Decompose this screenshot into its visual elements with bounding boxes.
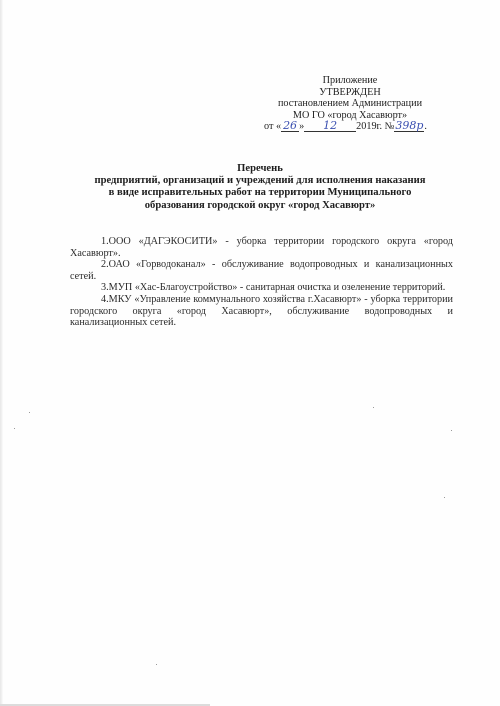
scan-speck <box>373 407 374 408</box>
scan-speck <box>156 664 157 665</box>
approval-stamp-block: Приложение УТВЕРЖДЕН постановлением Адми… <box>250 75 450 133</box>
scan-speck <box>14 428 15 429</box>
organization-list: 1.ООО «ДАГЭКОСИТИ» - уборка территории г… <box>70 236 453 329</box>
list-item: 3.МУП «Хас-Благоустройство» - санитарная… <box>70 282 453 294</box>
approval-date-line: от «26»122019г. №398р. <box>250 121 450 133</box>
approval-resolution-label: постановлением Администрации <box>250 98 450 110</box>
scan-left-edge <box>0 0 3 706</box>
approval-appendix-label: Приложение <box>250 75 450 87</box>
title-line-4: образования городской округ «город Хасав… <box>60 200 460 212</box>
title-line-2: предприятий, организаций и учреждений дл… <box>60 175 460 187</box>
item-number: 1. <box>101 236 109 247</box>
document-page: Приложение УТВЕРЖДЕН постановлением Адми… <box>0 0 500 706</box>
item-text: ООО «ДАГЭКОСИТИ» - уборка территории гор… <box>70 236 453 259</box>
item-text: МУП «Хас-Благоустройство» - санитарная о… <box>109 282 446 293</box>
item-number: 3. <box>101 282 109 293</box>
handwritten-day: 26 <box>281 121 299 132</box>
scan-speck <box>29 412 30 413</box>
list-item: 4.МКУ «Управление коммунального хозяйств… <box>70 294 453 329</box>
title-line-3: в виде исправительных работ на территори… <box>60 187 460 199</box>
date-year-number-label: 2019г. № <box>356 121 394 132</box>
date-trailing-dot: . <box>424 121 427 132</box>
item-text: МКУ «Управление коммунального хозяйства … <box>70 294 453 328</box>
approval-approved-label: УТВЕРЖДЕН <box>250 87 450 99</box>
list-item: 1.ООО «ДАГЭКОСИТИ» - уборка территории г… <box>70 236 453 259</box>
item-number: 2. <box>101 259 109 270</box>
document-title: Перечень предприятий, организаций и учре… <box>60 163 460 212</box>
item-text: ОАО «Горводоканал» - обслуживание водопр… <box>70 259 453 282</box>
handwritten-resolution-number: 398р <box>394 121 424 132</box>
scan-speck <box>451 430 452 431</box>
item-number: 4. <box>101 294 109 305</box>
list-item: 2.ОАО «Горводоканал» - обслуживание водо… <box>70 259 453 282</box>
date-prefix: от « <box>264 121 281 132</box>
title-heading: Перечень <box>60 163 460 175</box>
handwritten-month: 12 <box>304 121 356 132</box>
scan-speck <box>444 497 445 498</box>
